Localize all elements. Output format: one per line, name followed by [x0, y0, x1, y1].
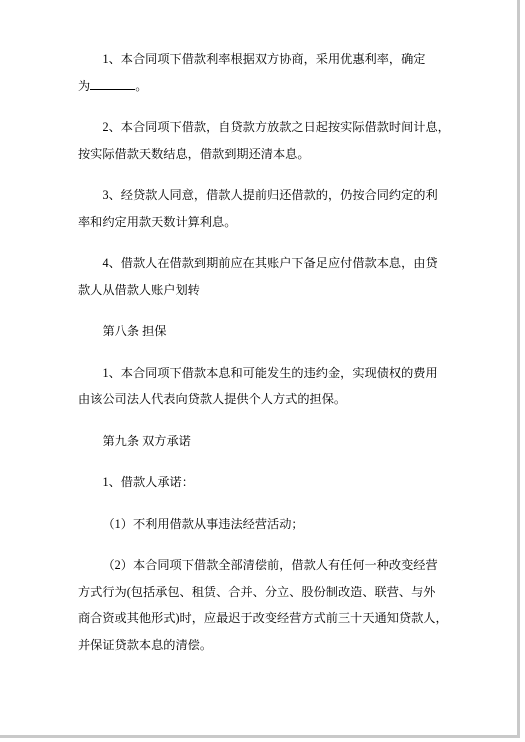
paragraph-line: 2、本合同项下借款，自贷款方放款之日起按实际借款时间计息，	[78, 114, 450, 141]
paragraph-line: （2）本合同项下借款全部清偿前，借款人有任何一种改变经营	[78, 552, 450, 579]
paragraph-line: 4、借款人在借款到期前应在其账户下备足应付借款本息，由贷	[78, 250, 450, 277]
document-page: 1、本合同项下借款利率根据双方协商，采用优惠利率，确定 为。 2、本合同项下借款…	[0, 0, 520, 738]
contract-paragraph: 3、经贷款人同意，借款人提前归还借款的，仍按合同约定的利 率和约定用款天数计算利…	[78, 182, 450, 235]
section-heading-article-8: 第八条 担保	[78, 318, 450, 345]
section-heading-line: 第九条 双方承诺	[78, 428, 450, 455]
contract-paragraph: 1、本合同项下借款本息和可能发生的违约金，实现债权的费用 由该公司法人代表向贷款…	[78, 360, 450, 413]
paragraph-line: 1、本合同项下借款本息和可能发生的违约金，实现债权的费用	[78, 360, 450, 387]
blank-prefix-text: 为	[78, 79, 90, 93]
section-heading-article-9: 第九条 双方承诺	[78, 428, 450, 455]
paragraph-line: 1、本合同项下借款利率根据双方协商，采用优惠利率，确定	[78, 46, 450, 73]
fill-in-blank-underline	[90, 77, 135, 90]
paragraph-line: 方式行为(包括承包、租赁、合并、分立、股份制改造、联营、与外	[78, 579, 450, 606]
contract-paragraph: 4、借款人在借款到期前应在其账户下备足应付借款本息，由贷 款人从借款人账户划转	[78, 250, 450, 303]
contract-paragraph: （2）本合同项下借款全部清偿前，借款人有任何一种改变经营 方式行为(包括承包、租…	[78, 552, 450, 658]
paragraph-line: 并保证贷款本息的清偿。	[78, 632, 450, 659]
paragraph-line: 由该公司法人代表向贷款人提供个人方式的担保。	[78, 386, 450, 413]
contract-paragraph: 2、本合同项下借款，自贷款方放款之日起按实际借款时间计息， 按实际借款天数结息，…	[78, 114, 450, 167]
paragraph-line: 率和约定用款天数计算利息。	[78, 209, 450, 236]
blank-suffix-text: 。	[135, 79, 147, 93]
contract-paragraph: 1、本合同项下借款利率根据双方协商，采用优惠利率，确定 为。	[78, 46, 450, 99]
paragraph-line: 商合资或其他形式)时，应最迟于改变经营方式前三十天通知贷款人，	[78, 605, 450, 632]
paragraph-line: （1）不利用借款从事违法经营活动；	[78, 511, 450, 538]
document-content: 1、本合同项下借款利率根据双方协商，采用优惠利率，确定 为。 2、本合同项下借款…	[78, 46, 450, 673]
paragraph-line-with-blank: 为。	[78, 73, 450, 100]
paragraph-line: 1、借款人承诺：	[78, 469, 450, 496]
contract-paragraph: （1）不利用借款从事违法经营活动；	[78, 511, 450, 538]
paragraph-line: 款人从借款人账户划转	[78, 277, 450, 304]
contract-paragraph: 1、借款人承诺：	[78, 469, 450, 496]
paragraph-line: 按实际借款天数结息，借款到期还清本息。	[78, 141, 450, 168]
section-heading-line: 第八条 担保	[78, 318, 450, 345]
paragraph-line: 3、经贷款人同意，借款人提前归还借款的，仍按合同约定的利	[78, 182, 450, 209]
